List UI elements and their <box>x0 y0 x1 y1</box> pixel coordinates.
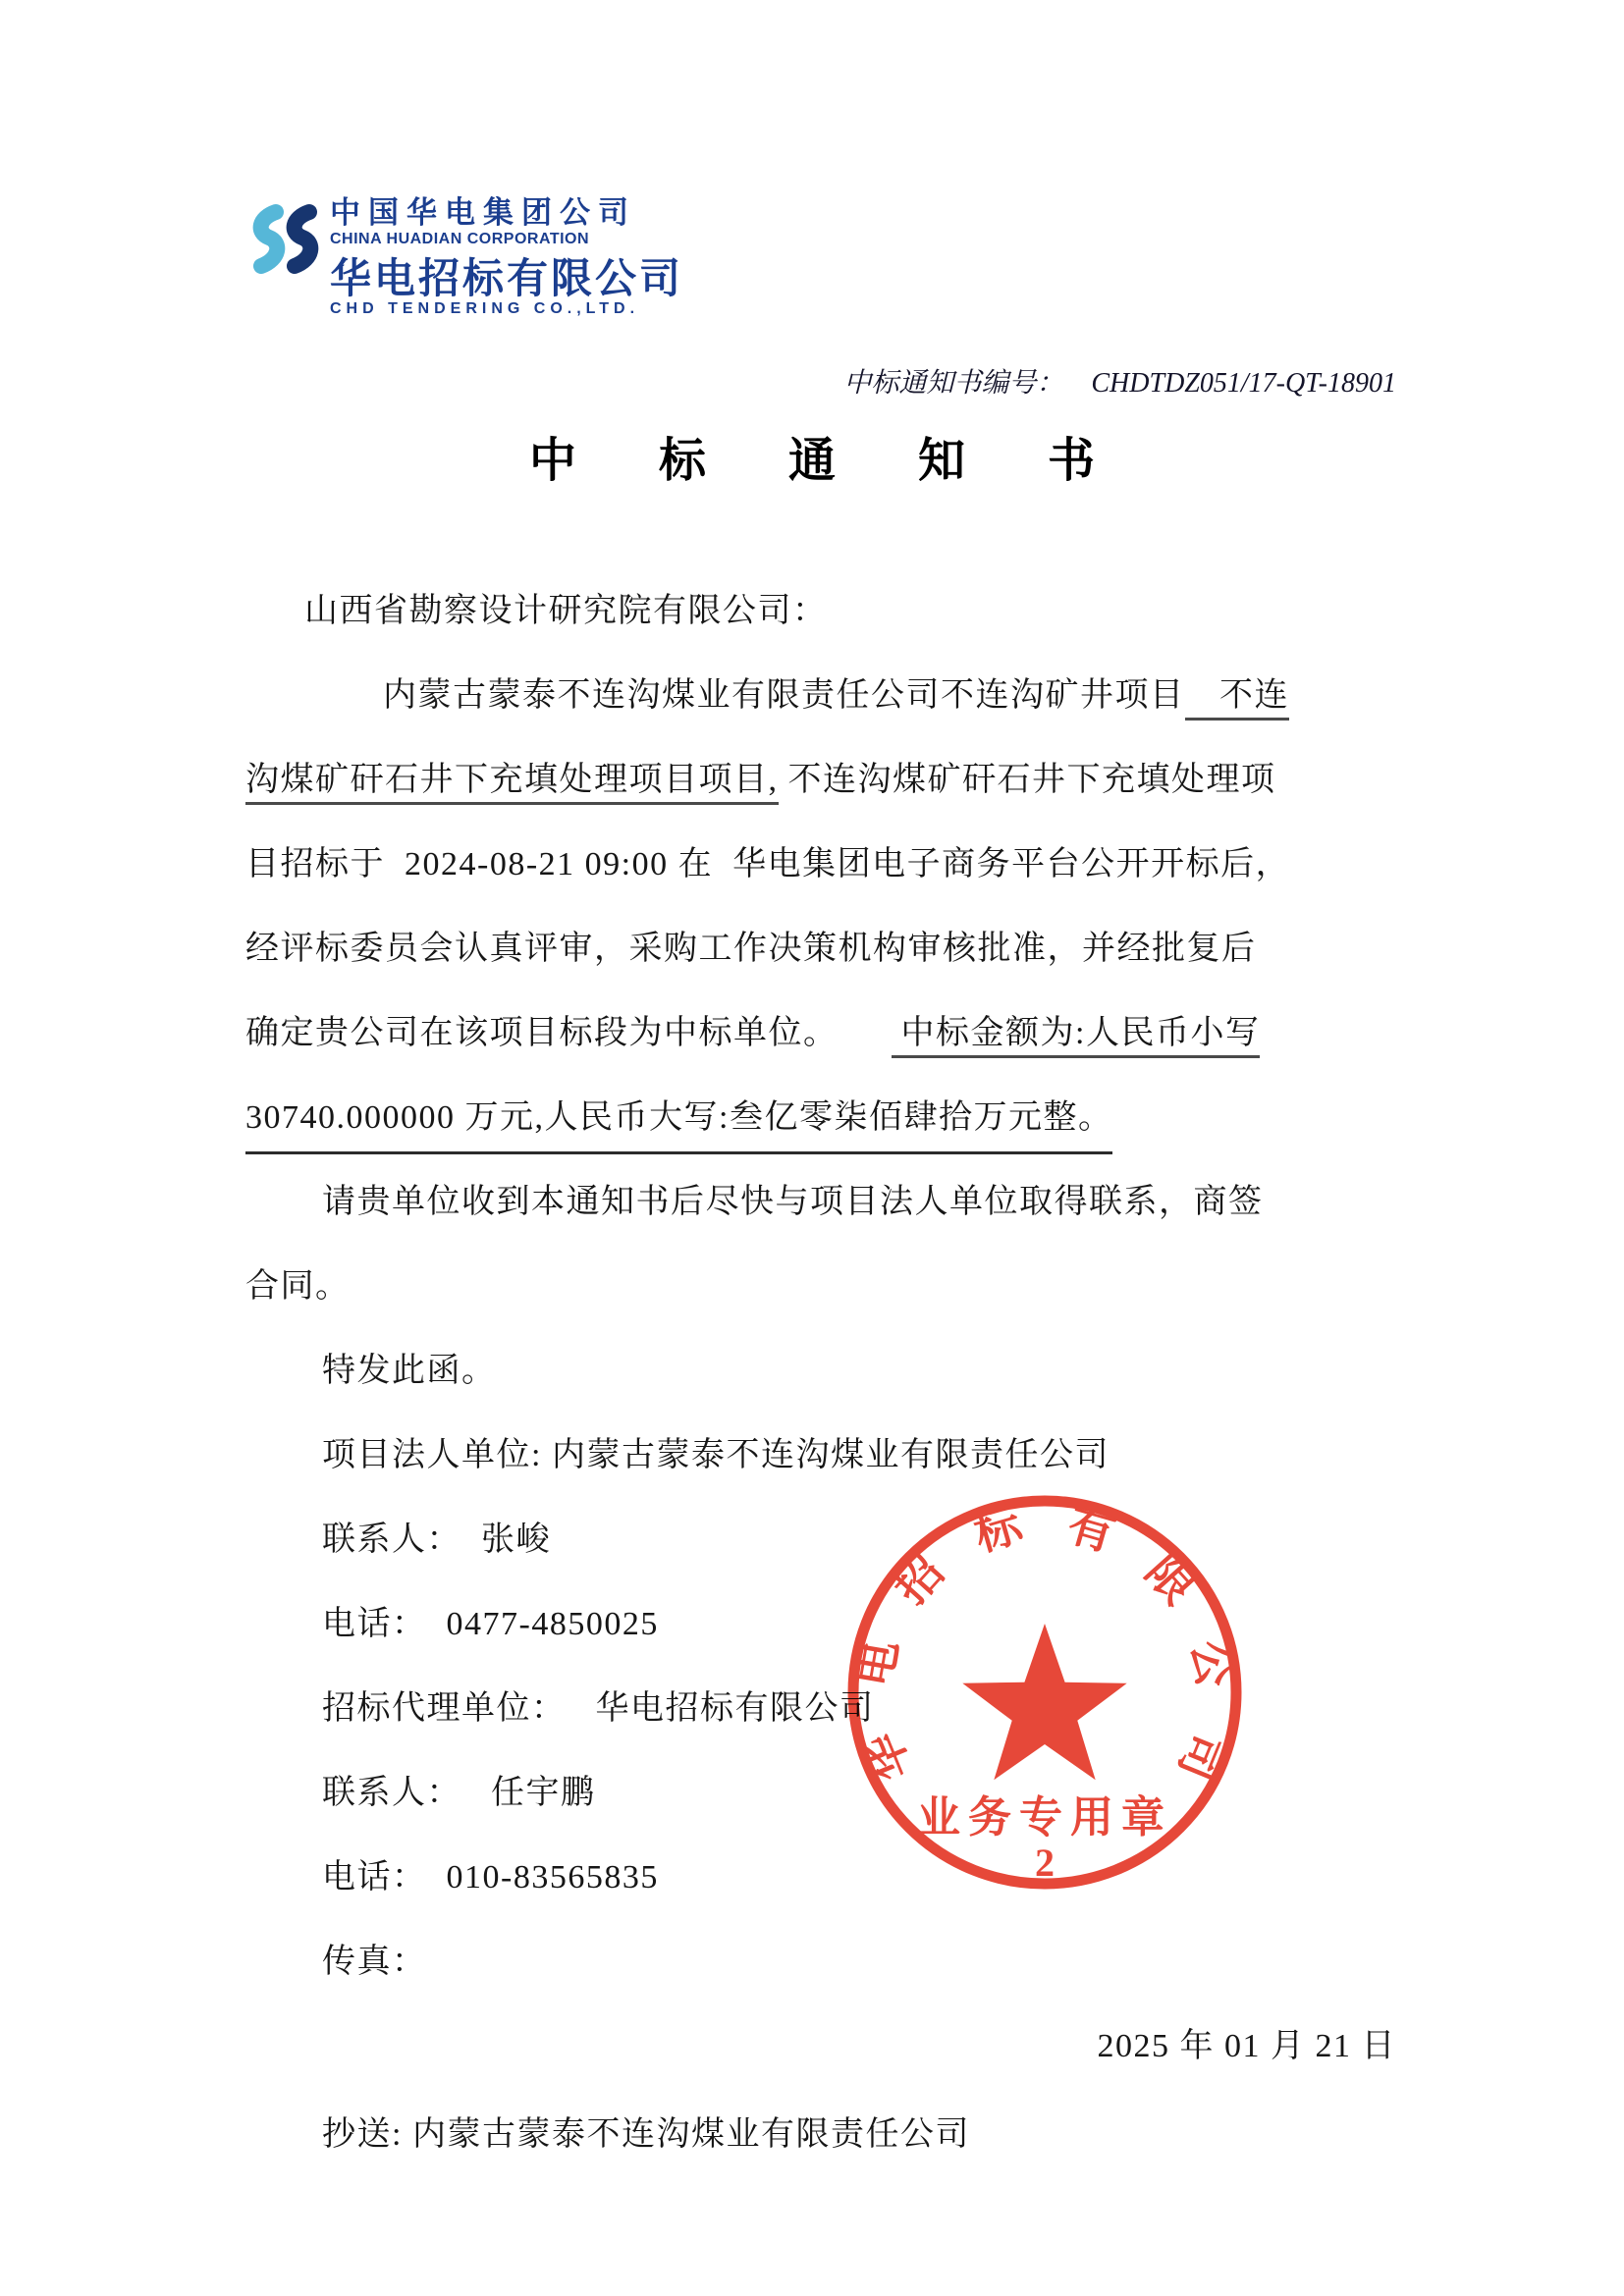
logo-company-name-en: CHD TENDERING CO.,LTD. <box>330 300 683 318</box>
paragraph-line-6: 30740.000000 万元,人民币大写:叁亿零柒佰肆拾万元整。 <box>245 1076 1396 1160</box>
company-logo: 中国华电集团公司 CHINA HUADIAN CORPORATION 华电招标有… <box>244 196 793 324</box>
paragraph2-line-1: 请贵单位收到本通知书后尽快与项目法人单位取得联系，商签 <box>245 1160 1396 1245</box>
paragraph-line-1: 内蒙古蒙泰不连沟煤业有限责任公司不连沟矿井项目 不连 <box>245 654 1396 738</box>
recipient-line: 山西省勘察设计研究院有限公司： <box>245 569 1396 654</box>
award-notice-document: 中国华电集团公司 CHINA HUADIAN CORPORATION 华电招标有… <box>0 0 1624 2296</box>
page-title: 中 标 通 知 书 <box>0 422 1624 490</box>
logo-group-name-cn: 中国华电集团公司 <box>330 196 683 230</box>
underlined-amount: 30740.000000 万元,人民币大写:叁亿零柒佰肆拾万元整。 <box>245 1098 1112 1154</box>
paragraph-line-5: 确定贵公司在该项目标段为中标单位。 中标金额为:人民币小写 <box>245 991 1396 1076</box>
contact1-line: 联系人： 张峻 <box>245 1498 1396 1582</box>
paragraph2-line-2: 合同。 <box>245 1245 1396 1329</box>
document-body: 山西省勘察设计研究院有限公司： 内蒙古蒙泰不连沟煤业有限责任公司不连沟矿井项目 … <box>245 569 1396 2177</box>
underlined-text: 不连 <box>1185 677 1290 721</box>
agency-line: 招标代理单位： 华电招标有限公司 <box>245 1667 1396 1751</box>
doc-number-line: 中标通知书编号：CHDTDZ051/17-QT-18901 <box>245 330 1396 432</box>
logo-company-name-cn: 华电招标有限公司 <box>330 257 683 300</box>
phone2-line: 电话： 010-83565835 <box>245 1836 1396 1920</box>
date-line: 2025 年 01 月 21 日 <box>245 2004 1396 2089</box>
logo-group-name-en: CHINA HUADIAN CORPORATION <box>330 230 683 249</box>
contact2-line: 联系人： 任宇鹏 <box>245 1751 1396 1836</box>
cc-line: 抄送: 内蒙古蒙泰不连沟煤业有限责任公司 <box>245 2093 1396 2177</box>
doc-number-label: 中标通知书编号： <box>843 368 1063 399</box>
fax-line: 传真： <box>245 1920 1396 2004</box>
underlined-text: 沟煤矿矸石井下充填处理项目项目, <box>245 762 779 805</box>
paragraph-line-4: 经评标委员会认真评审，采购工作决策机构审核批准，并经批复后 <box>245 907 1396 991</box>
legal-entity-line: 项目法人单位: 内蒙古蒙泰不连沟煤业有限责任公司 <box>245 1414 1396 1498</box>
doc-number-value: CHDTDZ051/17-QT-18901 <box>1091 368 1396 399</box>
closing-line: 特发此函。 <box>245 1329 1396 1414</box>
phone1-line: 电话： 0477-4850025 <box>245 1582 1396 1667</box>
huadian-logo-icon <box>244 202 328 277</box>
paragraph-line-3: 目招标于 2024-08-21 09:00 在 华电集团电子商务平台公开开标后， <box>245 823 1396 907</box>
paragraph-line-2: 沟煤矿矸石井下充填处理项目项目, 不连沟煤矿矸石井下充填处理项 <box>245 738 1396 823</box>
underlined-text: 中标金额为:人民币小写 <box>892 1015 1261 1058</box>
